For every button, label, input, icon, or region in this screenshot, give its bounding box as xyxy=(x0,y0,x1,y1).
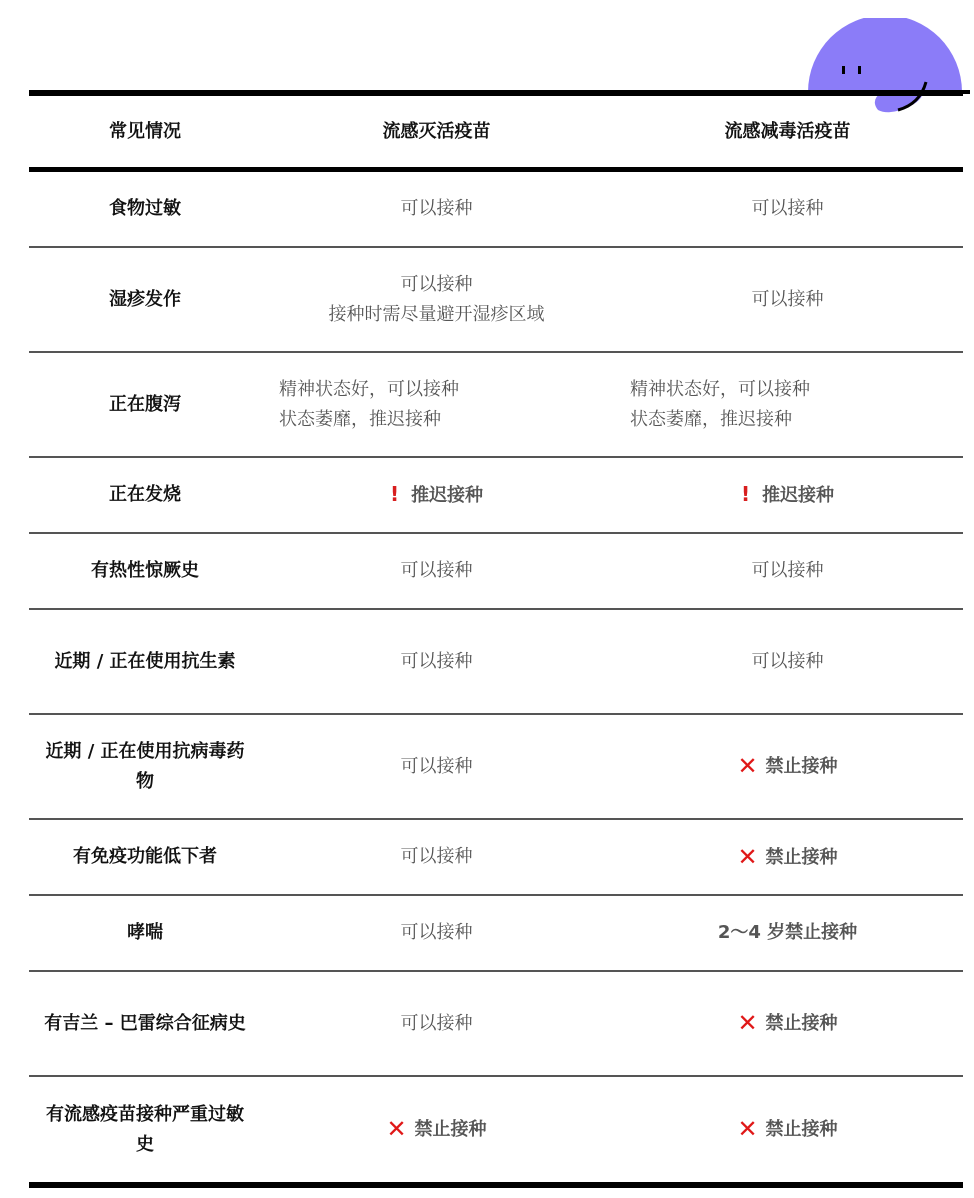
table-row: 食物过敏可以接种可以接种 xyxy=(29,172,963,248)
forbidden-icon: ✕ xyxy=(737,843,757,871)
condition-cell: 正在腹泻 xyxy=(29,390,261,420)
warning-icon: ! xyxy=(741,482,750,506)
live-vaccine-cell: 可以接种 xyxy=(612,194,963,224)
forbidden-icon: ✕ xyxy=(737,1115,757,1143)
inactivated-vaccine-cell: 可以接种接种时需尽量避开湿疹区域 xyxy=(261,270,612,330)
live-vaccine-cell: !推迟接种 xyxy=(612,479,963,511)
table-row: 湿疹发作可以接种接种时需尽量避开湿疹区域可以接种 xyxy=(29,248,963,353)
inactivated-vaccine-cell: 精神状态好，可以接种状态萎靡，推迟接种 xyxy=(261,375,612,435)
inactivated-vaccine-cell: 可以接种 xyxy=(261,194,612,224)
forbidden-icon: ✕ xyxy=(386,1115,406,1143)
live-vaccine-cell: ✕禁止接种 xyxy=(612,1114,963,1145)
table-bottom-rule xyxy=(29,1182,963,1188)
inactivated-vaccine-cell: 可以接种 xyxy=(261,647,612,677)
inactivated-vaccine-cell: 可以接种 xyxy=(261,1009,612,1039)
header-condition: 常见情况 xyxy=(29,117,261,147)
table-row: 哮喘可以接种2～4 岁禁止接种 xyxy=(29,896,963,972)
condition-cell: 有流感疫苗接种严重过敏史 xyxy=(29,1100,261,1160)
condition-cell: 正在发烧 xyxy=(29,480,261,510)
forbidden-icon: ✕ xyxy=(737,1009,757,1037)
live-vaccine-cell: 可以接种 xyxy=(612,647,963,677)
table-body: 食物过敏可以接种可以接种湿疹发作可以接种接种时需尽量避开湿疹区域可以接种正在腹泻… xyxy=(29,172,963,1182)
header-live: 流感减毒活疫苗 xyxy=(612,117,963,147)
table-row: 近期 / 正在使用抗生素可以接种可以接种 xyxy=(29,610,963,715)
header-inactivated: 流感灭活疫苗 xyxy=(261,117,612,147)
condition-cell: 有吉兰 – 巴雷综合征病史 xyxy=(29,1009,261,1039)
inactivated-vaccine-cell: !推迟接种 xyxy=(261,479,612,511)
inactivated-vaccine-cell: 可以接种 xyxy=(261,752,612,782)
table-row: 有热性惊厥史可以接种可以接种 xyxy=(29,534,963,610)
forbidden-icon: ✕ xyxy=(737,752,757,780)
table-header: 常见情况 流感灭活疫苗 流感减毒活疫苗 xyxy=(29,96,963,167)
table-row: 正在腹泻精神状态好，可以接种状态萎靡，推迟接种精神状态好，可以接种状态萎靡，推迟… xyxy=(29,353,963,458)
live-vaccine-cell: 可以接种 xyxy=(612,285,963,315)
condition-cell: 近期 / 正在使用抗生素 xyxy=(29,647,261,677)
live-vaccine-cell: ✕禁止接种 xyxy=(612,842,963,873)
condition-cell: 近期 / 正在使用抗病毒药物 xyxy=(29,737,261,797)
condition-cell: 哮喘 xyxy=(29,918,261,948)
vaccine-comparison-table: 常见情况 流感灭活疫苗 流感减毒活疫苗 食物过敏可以接种可以接种湿疹发作可以接种… xyxy=(29,90,963,1188)
table-row: 有流感疫苗接种严重过敏史✕禁止接种✕禁止接种 xyxy=(29,1077,963,1182)
table-row: 近期 / 正在使用抗病毒药物可以接种✕禁止接种 xyxy=(29,715,963,820)
condition-cell: 有免疫功能低下者 xyxy=(29,842,261,872)
table-row: 正在发烧!推迟接种!推迟接种 xyxy=(29,458,963,534)
live-vaccine-cell: ✕禁止接种 xyxy=(612,1008,963,1039)
warning-icon: ! xyxy=(390,482,399,506)
inactivated-vaccine-cell: 可以接种 xyxy=(261,918,612,948)
table-row: 有吉兰 – 巴雷综合征病史可以接种✕禁止接种 xyxy=(29,972,963,1077)
condition-cell: 有热性惊厥史 xyxy=(29,556,261,586)
live-vaccine-cell: 2～4 岁禁止接种 xyxy=(612,918,963,948)
live-vaccine-cell: 可以接种 xyxy=(612,556,963,586)
live-vaccine-cell: ✕禁止接种 xyxy=(612,751,963,782)
table-row: 有免疫功能低下者可以接种✕禁止接种 xyxy=(29,820,963,896)
condition-cell: 食物过敏 xyxy=(29,194,261,224)
live-vaccine-cell: 精神状态好，可以接种状态萎靡，推迟接种 xyxy=(612,375,963,435)
inactivated-vaccine-cell: 可以接种 xyxy=(261,842,612,872)
inactivated-vaccine-cell: 可以接种 xyxy=(261,556,612,586)
condition-cell: 湿疹发作 xyxy=(29,285,261,315)
inactivated-vaccine-cell: ✕禁止接种 xyxy=(261,1114,612,1145)
